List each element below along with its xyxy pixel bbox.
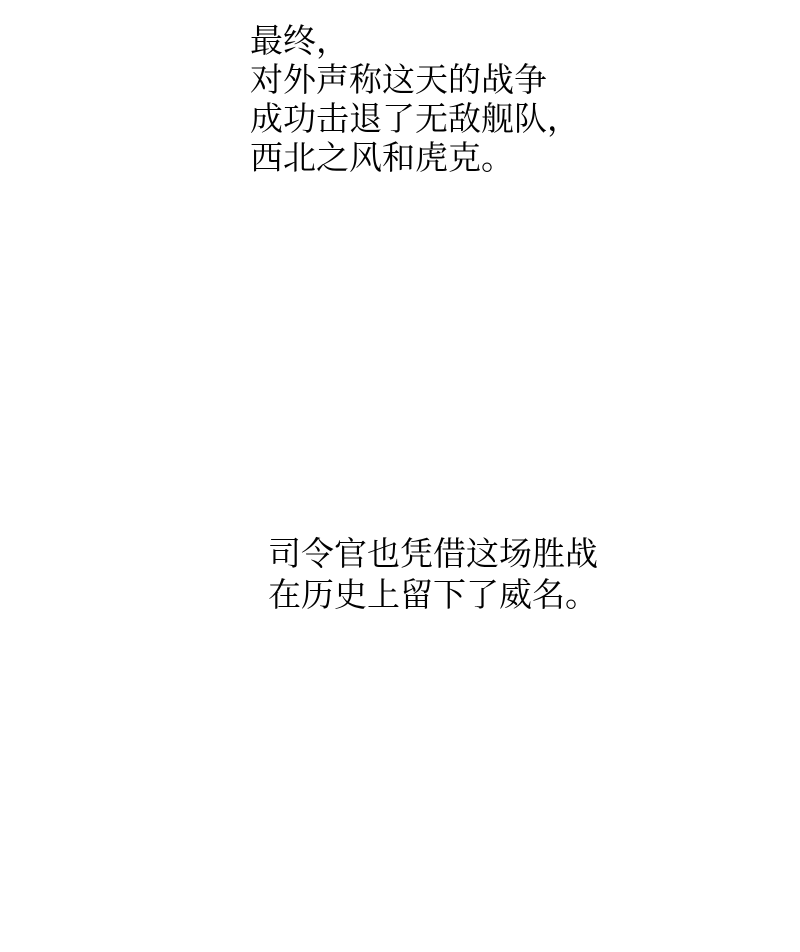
- caption-line: 对外声称这天的战争: [250, 60, 580, 99]
- caption-line: 西北之风和虎克。: [250, 138, 580, 177]
- narration-caption-1: 最终， 对外声称这天的战争 成功击退了无敌舰队， 西北之风和虎克。: [250, 21, 580, 177]
- caption-line: 在历史上留下了威名。: [268, 574, 598, 615]
- caption-line: 成功击退了无敌舰队，: [250, 99, 580, 138]
- caption-line: 司令官也凭借这场胜战: [268, 533, 598, 574]
- caption-line: 最终，: [250, 21, 580, 60]
- narration-caption-2: 司令官也凭借这场胜战 在历史上留下了威名。: [268, 533, 598, 615]
